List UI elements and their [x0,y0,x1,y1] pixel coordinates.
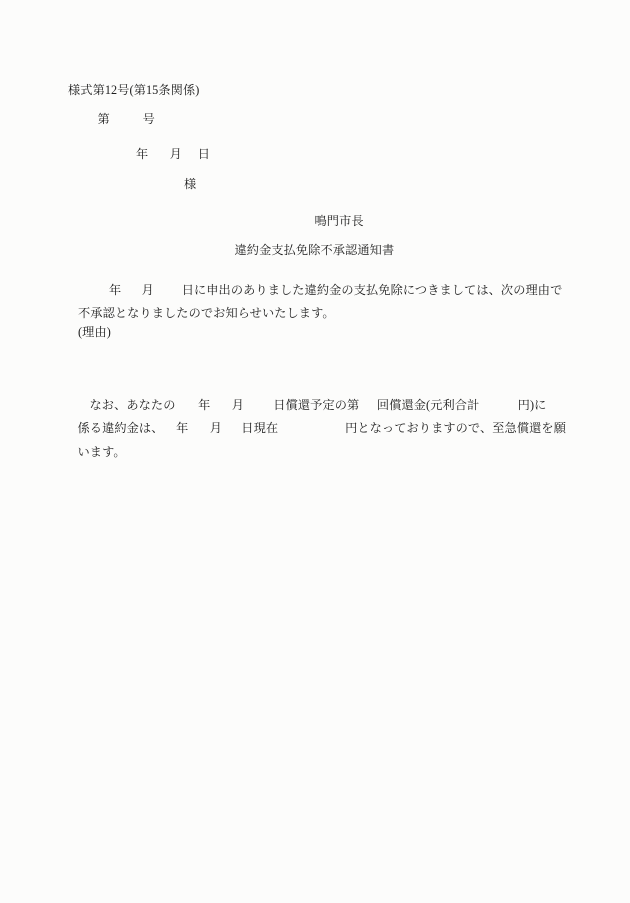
p2l2-closing-text: 円となっておりますので、至急償還を願 [345,421,566,435]
body-paragraph2-line2: 係る違約金は、年月日現在円となっておりますので、至急償還を願 [78,421,567,435]
form-number-label: 様式第12号(第15条関係) [68,83,199,97]
body-paragraph2-line3: います。 [78,445,126,459]
p2l2-month-label: 月 [210,421,222,435]
reason-label: (理由) [78,325,111,339]
addressee-honorific: 様 [184,177,196,191]
date-day-label: 日 [198,147,210,161]
date-year-label: 年 [136,147,148,161]
document-title: 違約金支払免除不承認通知書 [235,243,395,257]
body-paragraph1-line1: 年月日に申出のありました違約金の支払免除につきましては、次の理由で [109,283,562,297]
sender-name: 鳴門市長 [315,214,364,228]
date-month-blank [148,157,169,158]
p2l2-amount-blank [278,431,345,432]
p1-month-blank [121,293,141,294]
p2l2-current-text: 日現在 [241,421,278,435]
doc-number-prefix: 第 [98,112,110,126]
p2-amount-blank [479,408,517,409]
doc-number-suffix: 号 [143,112,155,126]
p2l2-month-blank [188,431,209,432]
p2-year-label: 年 [198,398,210,412]
p1-body-text: 日に申出のありました違約金の支払免除につきましては、次の理由で [182,283,563,297]
date-line: 年月日 [136,147,210,161]
p2-installment-blank [359,408,377,409]
p2l2-intro-text: 係る違約金は、 [78,421,164,435]
p2l2-day-blank [222,431,241,432]
p2-year-blank [176,408,199,409]
document-page: 様式第12号(第15条関係) 第号 年月日 様 鳴門市長 違約金支払免除不承認通… [0,0,630,903]
body-paragraph2-line1: なお、あなたの年月日償還予定の第回償還金(元利合計円)に [90,398,547,412]
p2-amount-text: 回償還金(元利合計 [377,398,479,412]
body-paragraph1-line2: 不承認となりましたのでお知らせいたします。 [78,306,335,320]
date-day-blank [182,157,198,158]
date-month-label: 月 [170,147,182,161]
doc-number-blank [110,122,143,123]
p1-day-blank [154,293,182,294]
p2-day-blank [244,408,273,409]
p2-redemption-text: 日償還予定の第 [273,398,359,412]
p2-yen-text: 円)に [518,398,547,412]
p1-year-label: 年 [109,283,121,297]
document-number-line: 第号 [98,112,155,126]
p1-month-label: 月 [142,283,154,297]
p2-intro-text: なお、あなたの [90,398,176,412]
p2l2-year-label: 年 [176,421,188,435]
p2-month-blank [210,408,231,409]
p2l2-year-blank [164,431,177,432]
p2-month-label: 月 [232,398,244,412]
